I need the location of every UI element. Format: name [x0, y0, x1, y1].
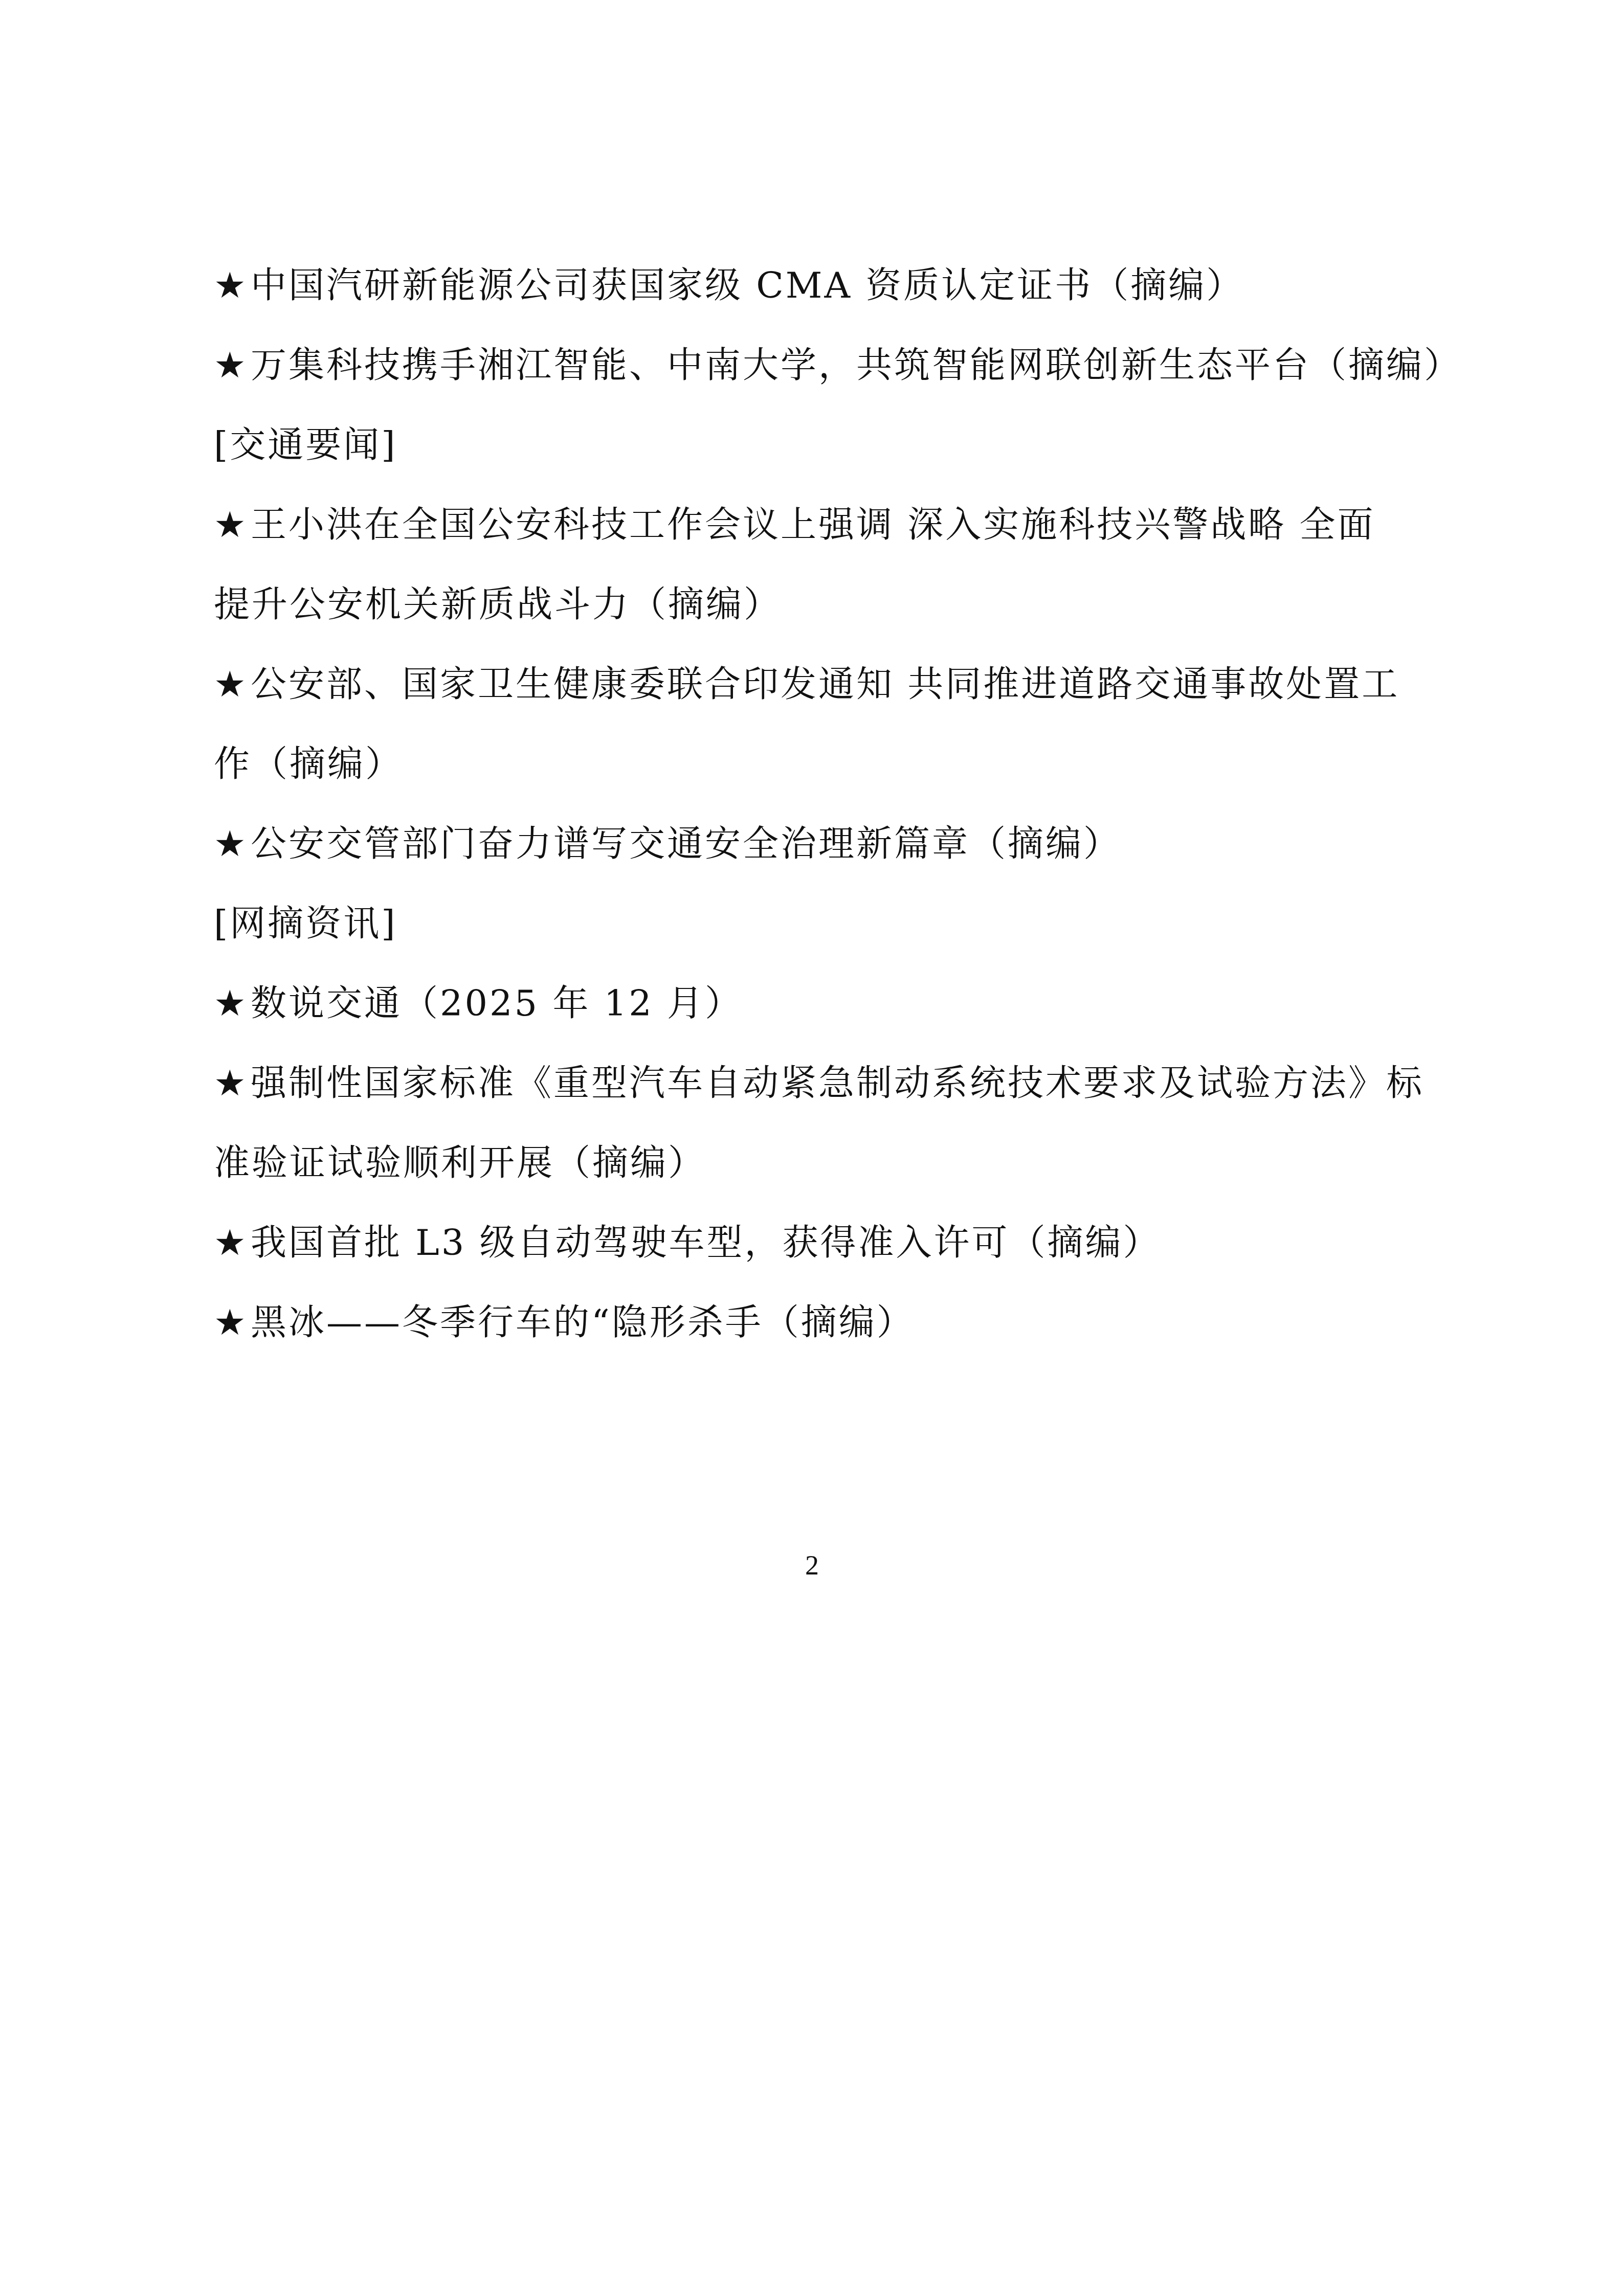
star-icon: ★	[214, 804, 251, 884]
toc-item-text: 公安交管部门奋力谱写交通安全治理新篇章（摘编）	[251, 823, 1121, 865]
toc-item: ★强制性国家标准《重型汽车自动紧急制动系统技术要求及试验方法》标	[214, 1043, 1431, 1123]
toc-item-text: 强制性国家标准《重型汽车自动紧急制动系统技术要求及试验方法》标	[251, 1062, 1424, 1104]
toc-item-text: 黑冰——冬季行车的“隐形杀手（摘编）	[251, 1301, 915, 1343]
toc-item: ★公安交管部门奋力谱写交通安全治理新篇章（摘编）	[214, 804, 1431, 884]
star-icon: ★	[214, 1282, 251, 1362]
toc-item: ★中国汽研新能源公司获国家级 CMA 资质认定证书（摘编）	[214, 245, 1431, 325]
star-icon: ★	[214, 1203, 251, 1282]
star-icon: ★	[214, 644, 251, 724]
table-of-contents: ★中国汽研新能源公司获国家级 CMA 资质认定证书（摘编） ★万集科技携手湘江智…	[214, 245, 1431, 1362]
toc-item-text: 中国汽研新能源公司获国家级 CMA 资质认定证书（摘编）	[251, 264, 1244, 306]
toc-item-continuation: 准验证试验顺利开展（摘编）	[214, 1123, 1431, 1203]
document-page: ★中国汽研新能源公司获国家级 CMA 资质认定证书（摘编） ★万集科技携手湘江智…	[0, 0, 1624, 2296]
toc-item-text: 王小洪在全国公安科技工作会议上强调 深入实施科技兴警战略 全面	[251, 504, 1375, 546]
toc-item-continuation: 提升公安机关新质战斗力（摘编）	[214, 565, 1431, 644]
toc-item: ★公安部、国家卫生健康委联合印发通知 共同推进道路交通事故处置工	[214, 644, 1431, 724]
toc-item: ★王小洪在全国公安科技工作会议上强调 深入实施科技兴警战略 全面	[214, 485, 1431, 565]
section-heading: [交通要闻]	[214, 405, 1431, 485]
star-icon: ★	[214, 485, 251, 565]
page-number: 2	[0, 1549, 1624, 1581]
toc-item-text: 万集科技携手湘江智能、中南大学，共筑智能网联创新生态平台（摘编）	[251, 344, 1462, 386]
star-icon: ★	[214, 325, 251, 405]
toc-item: ★万集科技携手湘江智能、中南大学，共筑智能网联创新生态平台（摘编）	[214, 325, 1431, 405]
toc-item: ★数说交通（2025 年 12 月）	[214, 963, 1431, 1043]
toc-item-continuation: 作（摘编）	[214, 724, 1431, 804]
star-icon: ★	[214, 1043, 251, 1123]
toc-item-text: 我国首批 L3 级自动驾驶车型，获得准入许可（摘编）	[251, 1222, 1161, 1264]
section-heading: [网摘资讯]	[214, 884, 1431, 963]
star-icon: ★	[214, 963, 251, 1043]
toc-item: ★黑冰——冬季行车的“隐形杀手（摘编）	[214, 1282, 1431, 1362]
toc-item-text: 公安部、国家卫生健康委联合印发通知 共同推进道路交通事故处置工	[251, 663, 1399, 705]
toc-item-text: 数说交通（2025 年 12 月）	[251, 982, 743, 1024]
toc-item: ★我国首批 L3 级自动驾驶车型，获得准入许可（摘编）	[214, 1203, 1431, 1282]
star-icon: ★	[214, 245, 251, 325]
